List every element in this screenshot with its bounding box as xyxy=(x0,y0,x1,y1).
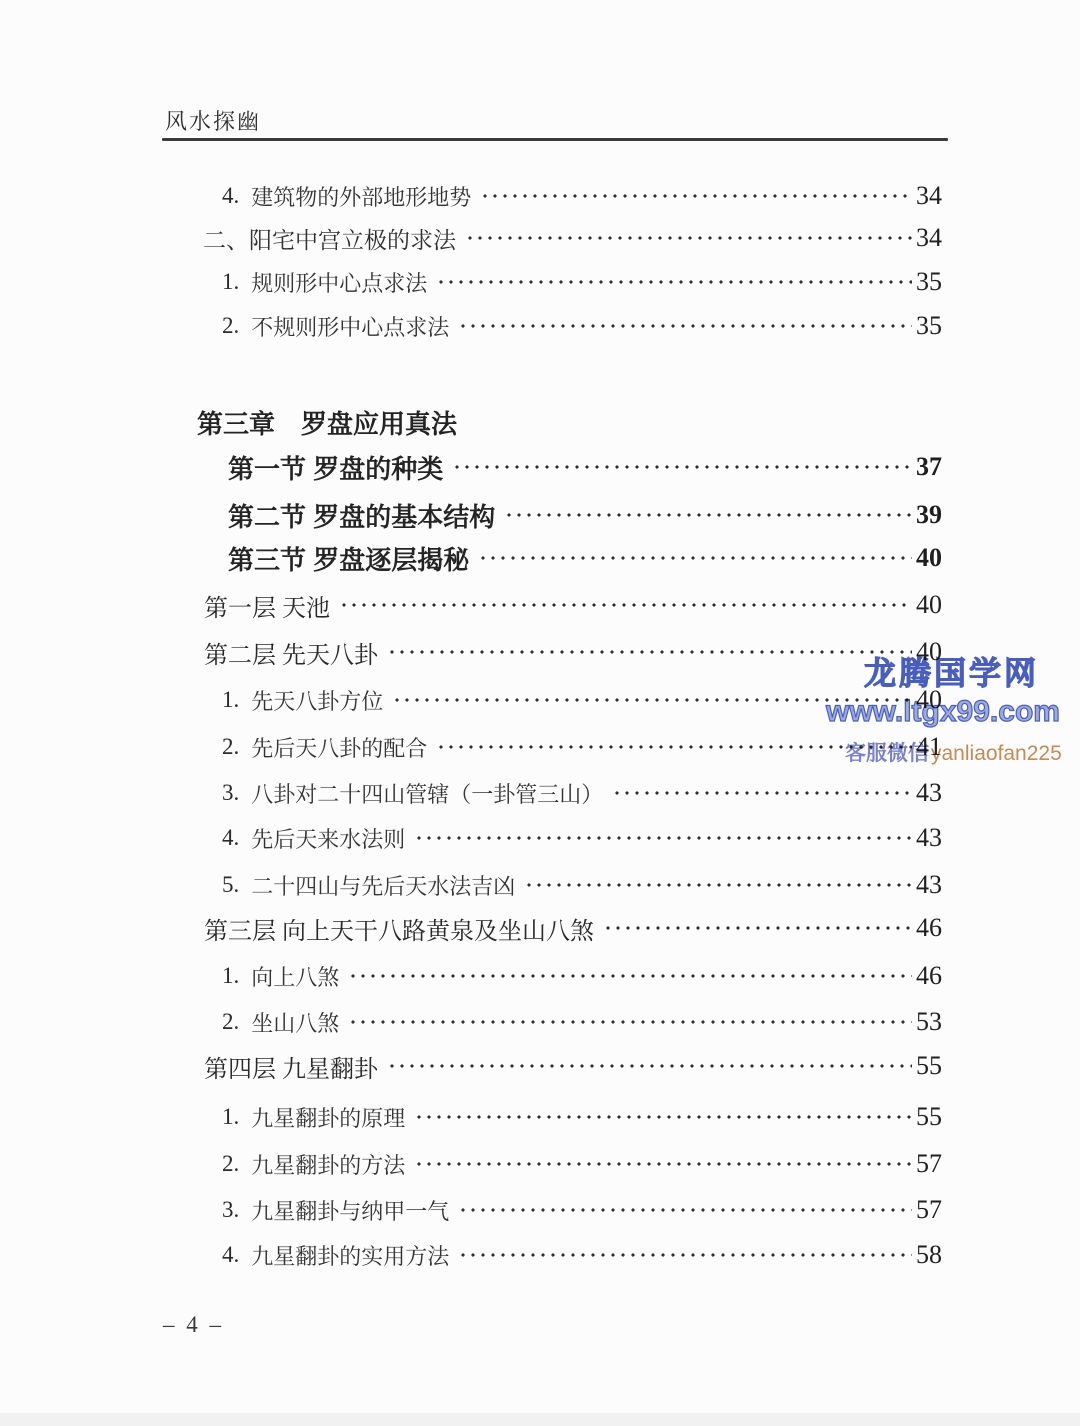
dot-leader xyxy=(465,220,912,256)
toc-entry-number: 2. xyxy=(222,1151,239,1177)
dot-leader xyxy=(392,682,912,718)
toc-entry-number: 4. xyxy=(222,825,239,851)
toc-entry-number: 1. xyxy=(222,1104,239,1130)
dot-leader xyxy=(436,729,912,765)
toc-entry-title: 第三层 向上天干八路黄泉及坐山八煞 xyxy=(204,911,594,946)
dot-leader xyxy=(414,1099,912,1135)
dot-leader xyxy=(339,587,912,623)
toc-entry: 3.八卦对二十四山管辖（一卦管三山）43 xyxy=(222,775,942,811)
toc-entry: 第三层 向上天干八路黄泉及坐山八煞46 xyxy=(204,910,942,946)
toc-entry-page: 57 xyxy=(916,1195,942,1225)
toc-entry-page: 43 xyxy=(916,778,942,808)
toc-entry: 第一层 天池40 xyxy=(204,587,942,623)
toc-entry-title: 规则形中心点求法 xyxy=(251,267,427,298)
toc-entry-page: 40 xyxy=(916,590,942,620)
toc-entry-number: 2. xyxy=(222,734,239,760)
toc-entry-number: 2. xyxy=(222,1009,239,1035)
toc-entry-title: 第一节 罗盘的种类 xyxy=(228,449,443,486)
toc-entry-title: 向上八煞 xyxy=(251,961,339,992)
toc-entry-title: 第二层 先天八卦 xyxy=(204,635,378,670)
toc-entry: 3.九星翻卦与纳甲一气57 xyxy=(222,1192,942,1228)
toc-entry-title: 坐山八煞 xyxy=(251,1007,339,1038)
toc-entry-page: 58 xyxy=(916,1240,942,1270)
dot-leader xyxy=(603,910,912,946)
toc-entry-title: 二十四山与先后天水法吉凶 xyxy=(251,870,515,901)
dot-leader xyxy=(414,820,912,856)
toc-entry-page: 57 xyxy=(916,1149,942,1179)
toc-entry-page: 40 xyxy=(916,637,942,667)
dot-leader xyxy=(452,449,912,485)
scan-edge-shadow xyxy=(0,1413,1080,1426)
toc-entry-page: 53 xyxy=(916,1007,942,1037)
toc-entry-number: 4. xyxy=(222,1242,239,1268)
dot-leader xyxy=(348,1004,912,1040)
toc-entry-number: 3. xyxy=(222,1197,239,1223)
toc-entry-page: 43 xyxy=(916,823,942,853)
folio-page-number: – 4 – xyxy=(163,1312,224,1337)
book-title: 风水探幽 xyxy=(165,105,261,136)
dot-leader xyxy=(348,958,912,994)
toc-entry: 1.向上八煞46 xyxy=(222,958,942,994)
toc-entry: 第四层 九星翻卦55 xyxy=(204,1048,942,1084)
toc-entry-number: 3. xyxy=(222,780,239,806)
toc-entry-page: 46 xyxy=(916,913,942,943)
toc-entry: 第三章 罗盘应用真法 xyxy=(197,404,942,440)
toc-entry-title: 第二节 罗盘的基本结构 xyxy=(228,497,495,534)
header-rule xyxy=(162,138,948,141)
toc-entry-title: 先天八卦方位 xyxy=(251,685,383,716)
toc-entry-page: 37 xyxy=(916,452,942,482)
toc-entry-page: 35 xyxy=(916,311,942,341)
toc-entry-title: 第一层 天池 xyxy=(204,588,330,623)
toc-entry: 1.规则形中心点求法35 xyxy=(222,264,942,300)
toc-entry-number: 1. xyxy=(222,963,239,989)
toc-entry-title: 第三节 罗盘逐层揭秘 xyxy=(228,540,469,577)
toc-entry: 1.九星翻卦的原理55 xyxy=(222,1099,942,1135)
toc-entry-title: 先后天来水法则 xyxy=(251,823,405,854)
watermark-contact-value: yanliaofan225 xyxy=(931,742,1062,765)
toc-entry-title: 九星翻卦与纳甲一气 xyxy=(251,1195,449,1226)
book-page: 风水探幽 4.建筑物的外部地形地势34二、阳宅中宫立极的求法341.规则形中心点… xyxy=(0,0,1080,1426)
dot-leader xyxy=(504,497,912,533)
toc-entry: 1.先天八卦方位40 xyxy=(222,682,942,718)
toc-entry-number: 2. xyxy=(222,313,239,339)
dot-leader xyxy=(612,775,912,811)
dot-leader xyxy=(458,1192,912,1228)
toc-entry-page: 40 xyxy=(916,543,942,573)
toc-entry: 二、阳宅中宫立极的求法34 xyxy=(203,220,942,256)
toc-entry-page: 43 xyxy=(916,870,942,900)
toc-entry: 2.先后天八卦的配合41 xyxy=(222,729,942,765)
toc-entry: 4.九星翻卦的实用方法58 xyxy=(222,1237,942,1273)
toc-entry: 第三节 罗盘逐层揭秘40 xyxy=(228,540,942,576)
toc-entry-page: 55 xyxy=(916,1102,942,1132)
dot-leader xyxy=(524,867,912,903)
toc-entry-title: 第四层 九星翻卦 xyxy=(204,1049,378,1084)
toc-entry-page: 35 xyxy=(916,267,942,297)
toc-entry-page: 55 xyxy=(916,1051,942,1081)
dot-leader xyxy=(458,308,912,344)
toc-entry-page: 34 xyxy=(916,223,942,253)
dot-leader xyxy=(387,634,912,670)
toc-entry: 4.建筑物的外部地形地势34 xyxy=(222,178,942,214)
toc-entry-title: 先后天八卦的配合 xyxy=(251,732,427,763)
dot-leader xyxy=(387,1048,912,1084)
toc-entry: 第二节 罗盘的基本结构39 xyxy=(228,497,942,533)
dot-leader xyxy=(414,1146,912,1182)
toc-entry-page: 40 xyxy=(916,685,942,715)
toc-entry-title: 建筑物的外部地形地势 xyxy=(251,181,471,212)
toc-entry-title: 不规则形中心点求法 xyxy=(251,311,449,342)
toc-entry: 4.先后天来水法则43 xyxy=(222,820,942,856)
dot-leader xyxy=(436,264,912,300)
toc-entry: 2.九星翻卦的方法57 xyxy=(222,1146,942,1182)
dot-leader xyxy=(458,1237,912,1273)
toc-entry-number: 4. xyxy=(222,183,239,209)
toc-entry-page: 39 xyxy=(916,500,942,530)
toc-entry-number: 5. xyxy=(222,872,239,898)
toc-entry-page: 34 xyxy=(916,181,942,211)
toc-entry-title: 二、阳宅中宫立极的求法 xyxy=(203,222,456,255)
toc-entry-title: 九星翻卦的方法 xyxy=(251,1149,405,1180)
toc-entry: 第二层 先天八卦40 xyxy=(204,634,942,670)
toc-entry-title: 八卦对二十四山管辖（一卦管三山） xyxy=(251,778,603,809)
toc-entry-title: 九星翻卦的原理 xyxy=(251,1102,405,1133)
dot-leader xyxy=(480,178,912,214)
toc-entry-page: 46 xyxy=(916,961,942,991)
page-footer: – 4 – xyxy=(163,1312,224,1338)
dot-leader xyxy=(478,540,912,576)
toc-entry-title: 九星翻卦的实用方法 xyxy=(251,1240,449,1271)
toc-entry: 2.不规则形中心点求法35 xyxy=(222,308,942,344)
toc-entry: 2.坐山八煞53 xyxy=(222,1004,942,1040)
toc-entry-number: 1. xyxy=(222,269,239,295)
toc-entry: 5.二十四山与先后天水法吉凶43 xyxy=(222,867,942,903)
toc-entry-number: 1. xyxy=(222,687,239,713)
toc-entry-page: 41 xyxy=(916,732,942,762)
toc-entry: 第一节 罗盘的种类37 xyxy=(228,449,942,485)
toc-entry-title: 第三章 罗盘应用真法 xyxy=(197,404,457,441)
